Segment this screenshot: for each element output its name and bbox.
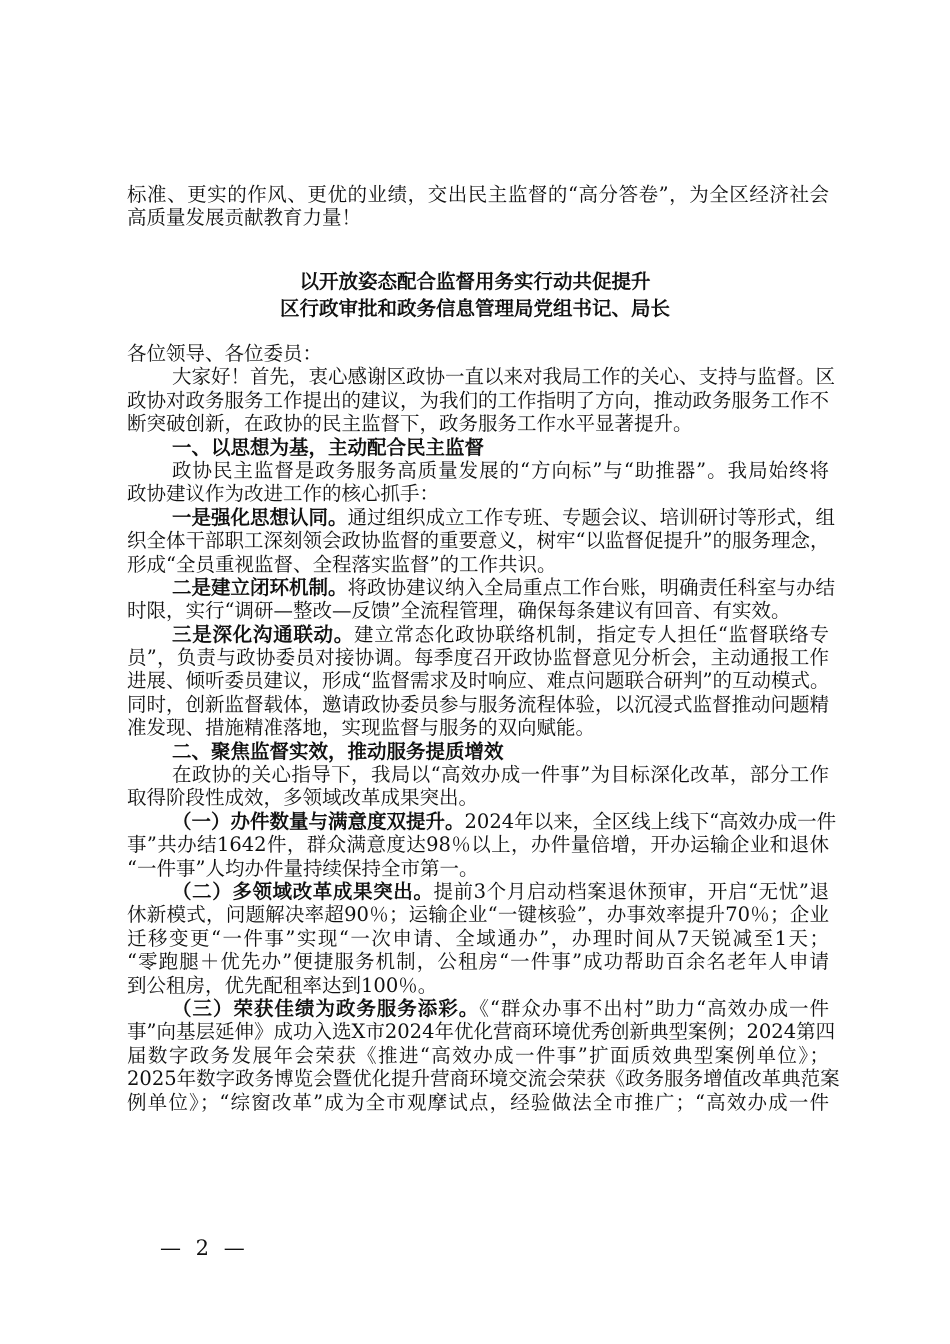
text-line: 大家好！首先，衷心感谢区政协一直以来对我局工作的关心、支持与监督。区 xyxy=(127,365,829,388)
text-line: 政协建议作为改进工作的核心抓手： xyxy=(127,482,829,505)
text-line: 到公租房，优先配租率达到100％。 xyxy=(127,974,829,997)
lead-text: 三是深化沟通联动。 xyxy=(172,623,354,646)
text-line: 2025年数字政务博览会暨优化提升营商环境交流会荣获《政务服务增值改革典范案 xyxy=(127,1067,829,1090)
text-line: 例单位》；“综窗改革”成为全市观摩试点，经验做法全市推广；“高效办成一件 xyxy=(127,1091,829,1114)
text-span: 《“群众办事不出村”助力“高效办成一件 xyxy=(479,997,829,1020)
text-span: 2024年以来，全区线上线下“高效办成一件 xyxy=(465,810,837,833)
text-line: 员”，负责与政协委员对接协调。每季度召开政协监督意见分析会，主动通报工作 xyxy=(127,646,829,669)
text-span: 将政协建议纳入全局重点工作台账，明确责任科室与办结 xyxy=(348,576,836,599)
text-span: 提前3个月启动档案退休预审，开启“无忧”退 xyxy=(433,880,829,903)
text-line: “零跑腿＋优先办”便捷服务机制，公租房“一件事”成功帮助百余名老年人申请 xyxy=(127,950,829,973)
text-line: “一件事”人均办件量持续保持全市第一。 xyxy=(127,857,829,880)
text-line: 进展、倾听委员建议，形成“监督需求及时响应、难点问题联合研判”的互动模式。 xyxy=(127,669,829,692)
text-line: （二）多领域改革成果突出。提前3个月启动档案退休预审，开启“无忧”退 xyxy=(127,880,829,903)
section-heading: 二、聚焦监督实效，推动服务提质增效 xyxy=(127,740,829,763)
text-line: 取得阶段性成效，多领域改革成果突出。 xyxy=(127,786,829,809)
text-span: 建立常态化政协联络机制，指定专人担任“监督联络专 xyxy=(354,623,829,646)
text-span: 通过组织成立工作专班、专题会议、培训研讨等形式，组 xyxy=(348,506,836,529)
text-line: 二是建立闭环机制。将政协建议纳入全局重点工作台账，明确责任科室与办结 xyxy=(127,576,829,599)
text-line: （三）荣获佳绩为政务服务添彩。《“群众办事不出村”助力“高效办成一件 xyxy=(127,997,829,1020)
text-line: 届数字政务发展年会荣获《推进“高效办成一件事”扩面质效典型案例单位》； xyxy=(127,1044,829,1067)
text-line: 形成“全员重视监督、全程落实监督”的工作共识。 xyxy=(127,553,829,576)
speech-title: 以开放姿态配合监督用务实行动共促提升 xyxy=(0,270,950,293)
page-number: — 2 — xyxy=(160,1236,249,1260)
text-line: 织全体干部职工深刻领会政协监督的重要意义，树牢“以监督促提升”的服务理念， xyxy=(127,529,829,552)
section-heading: 一、以思想为基，主动配合民主监督 xyxy=(127,436,829,459)
document-page: 标准、更实的作风、更优的业绩，交出民主监督的“高分答卷”，为全区经济社会 高质量… xyxy=(0,0,950,1344)
text-line: 标准、更实的作风、更优的业绩，交出民主监督的“高分答卷”，为全区经济社会 xyxy=(127,183,829,206)
intro-tail: 标准、更实的作风、更优的业绩，交出民主监督的“高分答卷”，为全区经济社会 高质量… xyxy=(127,183,829,230)
text-line: 断突破创新，在政协的民主监督下，政务服务工作水平显著提升。 xyxy=(127,412,829,435)
text-line: （一）办件数量与满意度双提升。2024年以来，全区线上线下“高效办成一件 xyxy=(127,810,829,833)
text-line: 高质量发展贡献教育力量！ xyxy=(127,206,829,229)
salutation: 各位领导、各位委员： xyxy=(127,342,829,365)
lead-text: （一）办件数量与满意度双提升。 xyxy=(172,810,465,833)
text-line: 三是深化沟通联动。建立常态化政协联络机制，指定专人担任“监督联络专 xyxy=(127,623,829,646)
text-line: 迁移变更“一件事”实现“一次申请、全域通办”，办理时间从7天锐减至1天； xyxy=(127,927,829,950)
text-line: 政协对政务服务工作提出的建议，为我们的工作指明了方向，推动政务服务工作不 xyxy=(127,389,829,412)
speech-body: 各位领导、各位委员： 大家好！首先，衷心感谢区政协一直以来对我局工作的关心、支持… xyxy=(127,342,829,1114)
text-line: 准发现、措施精准落地，实现监督与服务的双向赋能。 xyxy=(127,716,829,739)
text-line: 事”共办结1642件，群众满意度达98％以上，办件量倍增，开办运输企业和退休 xyxy=(127,833,829,856)
text-line: 政协民主监督是政务服务高质量发展的“方向标”与“助推器”。我局始终将 xyxy=(127,459,829,482)
lead-text: （三）荣获佳绩为政务服务添彩。 xyxy=(172,997,479,1020)
lead-text: 二是建立闭环机制。 xyxy=(172,576,348,599)
text-line: 时限，实行“调研—整改—反馈”全流程管理，确保每条建议有回音、有实效。 xyxy=(127,599,829,622)
text-line: 一是强化思想认同。通过组织成立工作专班、专题会议、培训研讨等形式，组 xyxy=(127,506,829,529)
speaker-title: 区行政审批和政务信息管理局党组书记、局长 xyxy=(0,297,950,320)
lead-text: （二）多领域改革成果突出。 xyxy=(172,880,433,903)
lead-text: 一是强化思想认同。 xyxy=(172,506,348,529)
text-line: 休新模式，问题解决率超90％；运输企业“一键核验”，办事效率提升70％；企业 xyxy=(127,903,829,926)
text-line: 在政协的关心指导下，我局以“高效办成一件事”为目标深化改革，部分工作 xyxy=(127,763,829,786)
text-line: 同时，创新监督载体，邀请政协委员参与服务流程体验，以沉浸式监督推动问题精 xyxy=(127,693,829,716)
text-line: 事”向基层延伸》成功入选X市2024年优化营商环境优秀创新典型案例；2024第四 xyxy=(127,1020,829,1043)
